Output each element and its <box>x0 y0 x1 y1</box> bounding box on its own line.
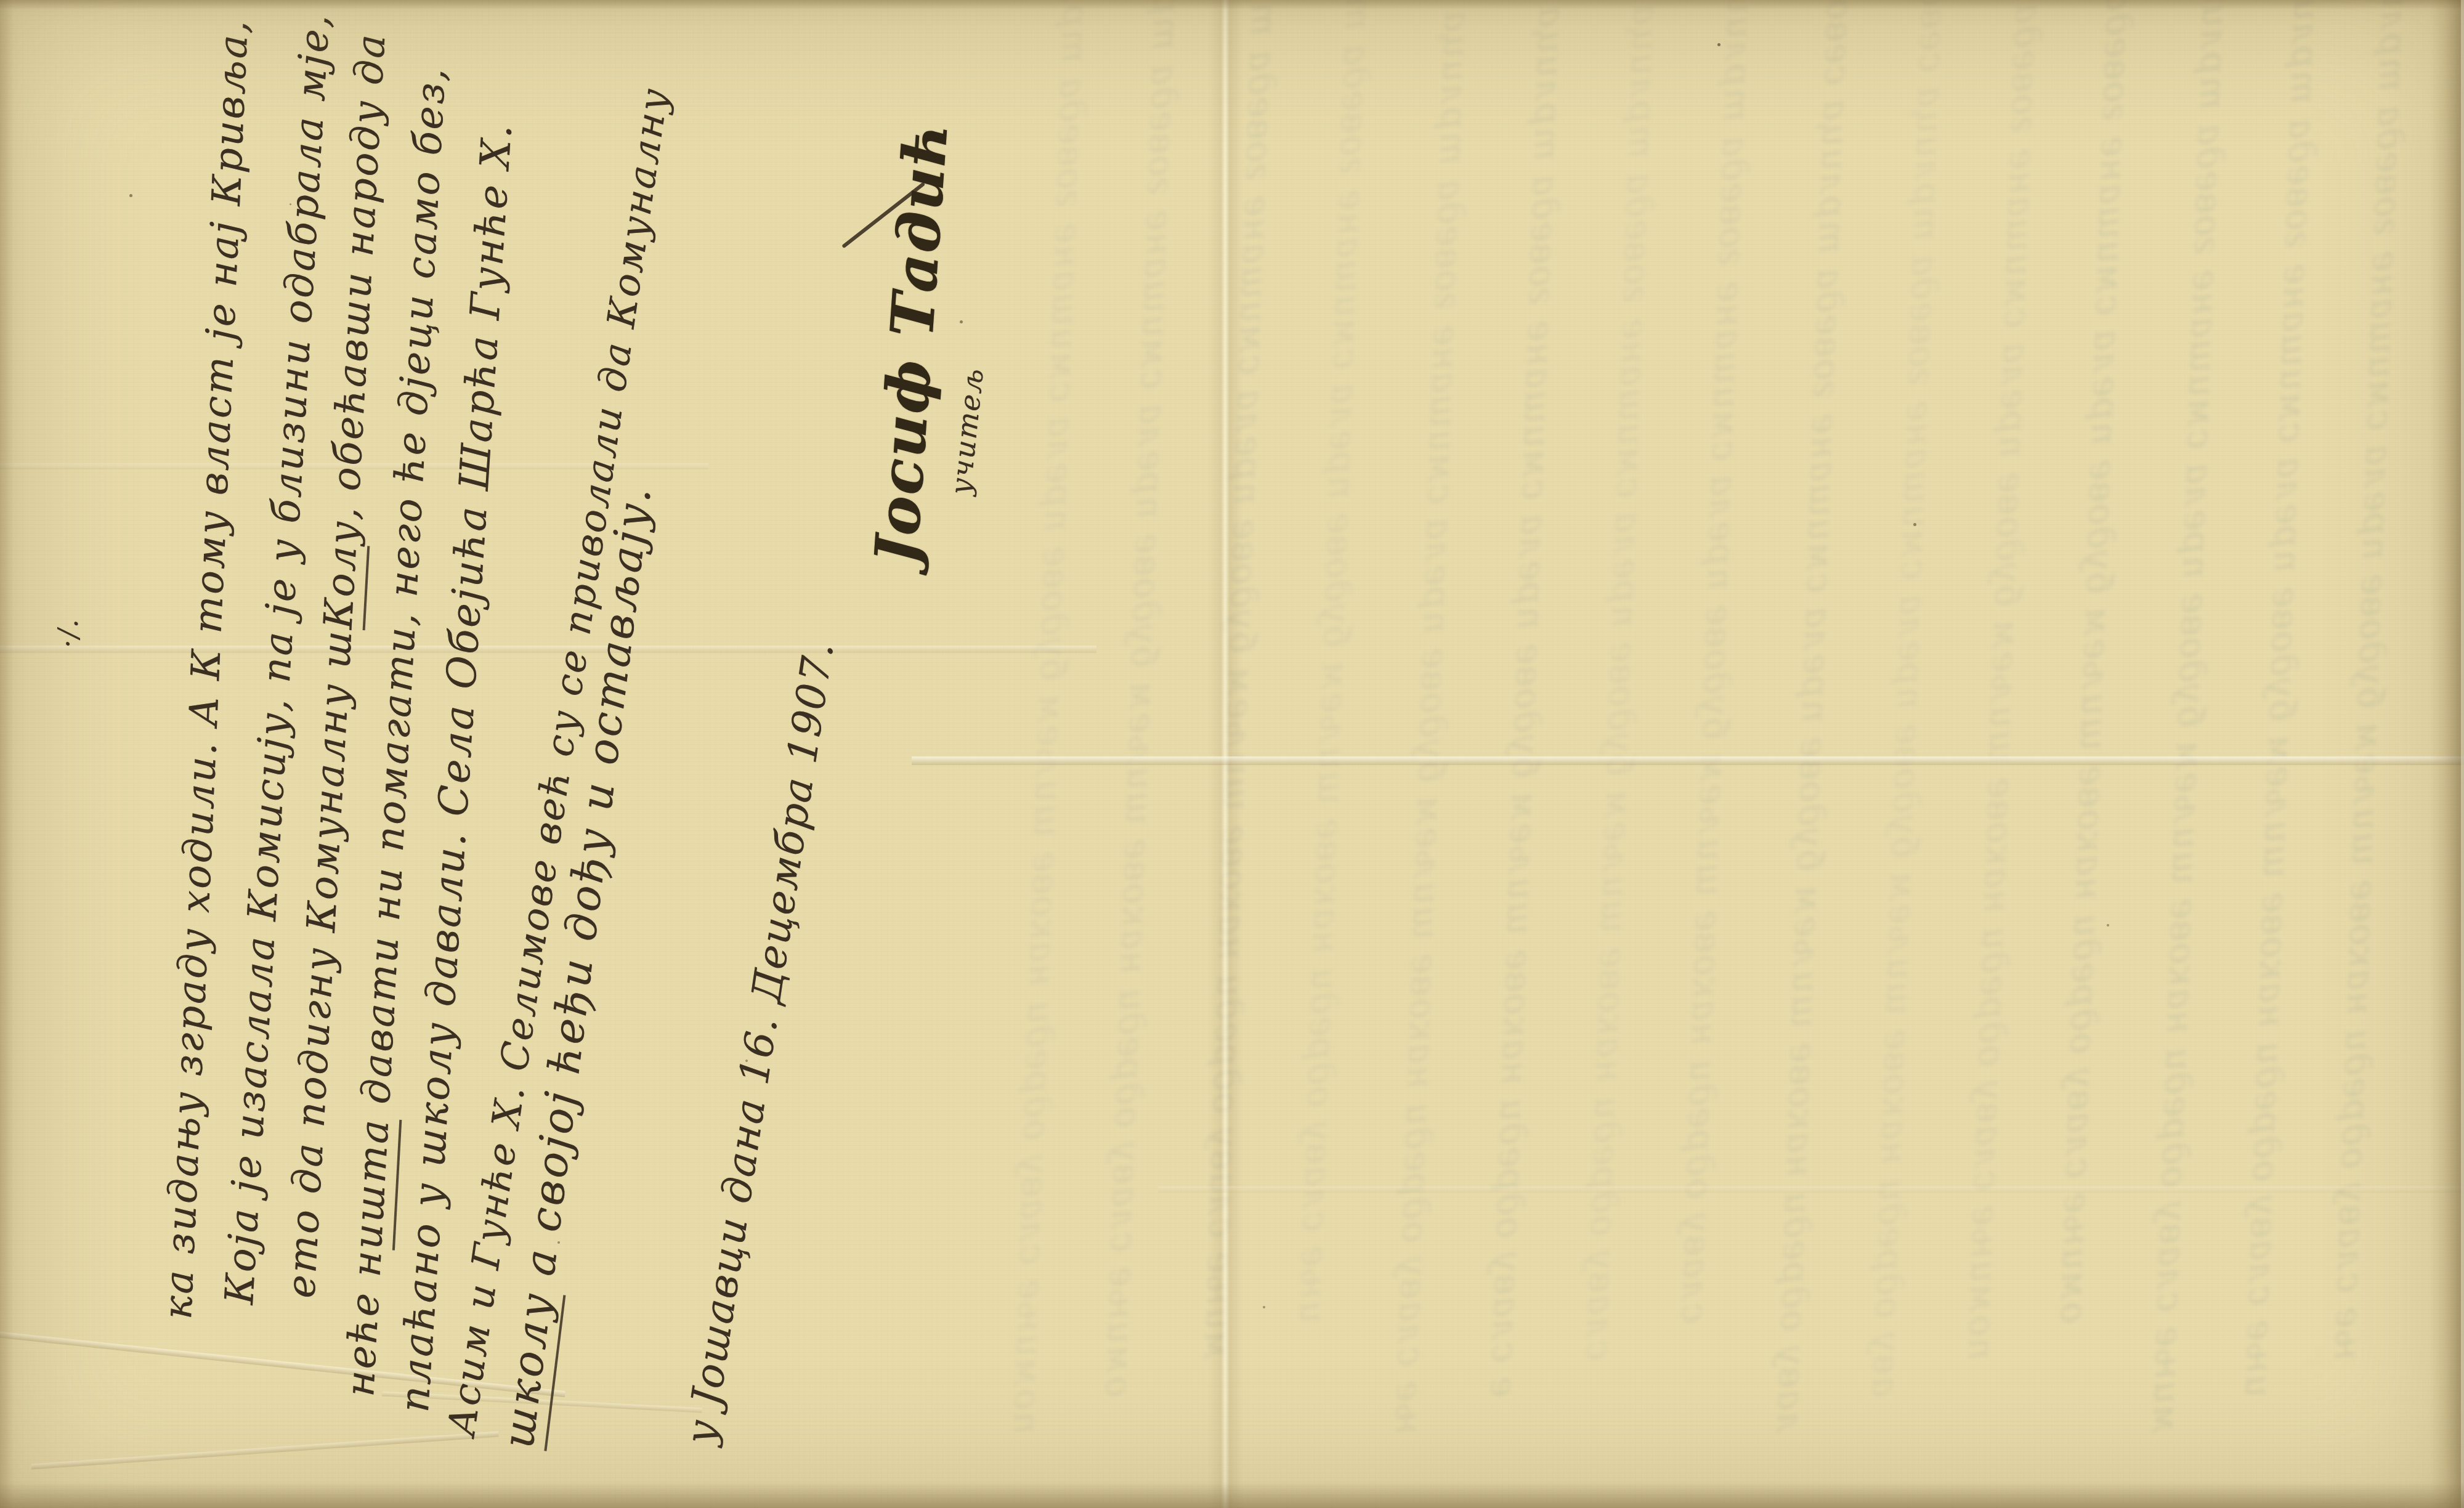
underlined-word: ишта <box>346 1117 402 1251</box>
letter-scan-page: помиње славу одреди накове шиљем будове … <box>0 0 2464 1508</box>
reference-mark: ·/. <box>53 618 84 648</box>
underlined-word: Кол <box>316 543 370 631</box>
